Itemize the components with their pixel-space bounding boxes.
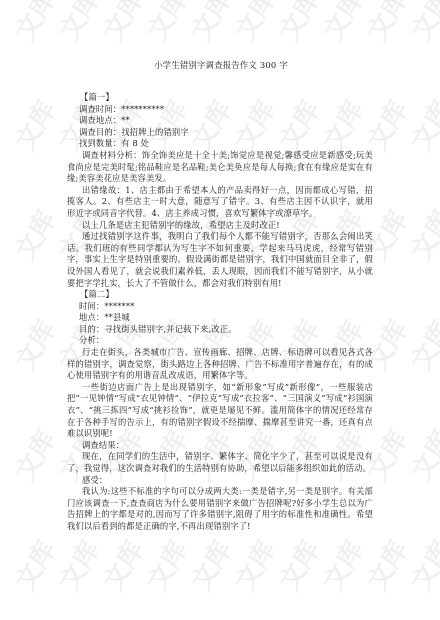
section-heading: 【篇二】 (67, 289, 373, 301)
field-analysis-label: 分析： (67, 335, 373, 347)
result-label: 调查结果： (67, 440, 373, 452)
paragraph-result: 现在，在同学们的生活中，错别字、繁体字、简化字少了，甚至可以说是没有了，我觉得，… (67, 451, 373, 474)
field-time: 时间：******* (67, 301, 373, 313)
field-found-count: 找到数量：有 8 处 (67, 138, 373, 150)
paragraph-error-reasons: 出错缘故：1、店主都由于希望本人的产品卖得好一点，因而都成心写错，招揽客人。2、… (67, 185, 373, 220)
watermark-mark: 文库 (401, 533, 440, 597)
watermark-mark: 文库 (401, 0, 440, 46)
watermark-mark: 文库 (181, 0, 239, 46)
watermark-mark: 文库 (137, 533, 195, 597)
document-body: 【篇一】 调查时间：********** 调查地点：** 调查目的：找招牌上的错… (67, 92, 373, 533)
watermark-mark: 文库 (401, 93, 440, 157)
watermark-mark: 文库 (49, 533, 107, 597)
document-title: 小学生错别字调查报告作文 300 字 (67, 59, 375, 71)
watermark-mark: 文库 (225, 533, 283, 597)
watermark-mark: 文库 (181, 533, 239, 597)
watermark-mark: 文库 (357, 533, 415, 597)
watermark-mark: 文库 (5, 533, 63, 597)
watermark-mark: 文库 (313, 533, 371, 597)
watermark-mark: 文库 (5, 0, 63, 46)
watermark-mark: 文库 (225, 0, 283, 46)
watermark-mark: 文库 (5, 203, 63, 267)
watermark-mark: 文库 (93, 533, 151, 597)
field-survey-time: 调查时间：********** (67, 104, 373, 116)
paragraph-reflection: 通过找错别字这件事，我明白了我们每个人都不能写错别字，否那么会闹出笑话。我们班的… (67, 231, 373, 289)
watermark-mark: 文库 (269, 533, 327, 597)
watermark-mark: 文库 (401, 423, 440, 487)
paragraph-feeling: 我认为:这些不标准的字句可以分成两大类:一类是错字,另一类是别字。有关部门应该调… (67, 486, 373, 532)
field-survey-location: 调查地点：** (67, 115, 373, 127)
paragraph-material-analysis: 调查材料分析：饰全饰美应是十全十美;饰觉应是视觉;馨感受应是新感受;玩美食尚应是… (67, 150, 373, 185)
watermark-mark: 文库 (357, 0, 415, 46)
watermark-mark: 文库 (401, 313, 440, 377)
watermark-mark: 文库 (49, 0, 107, 46)
field-location: 地点：**县城 (67, 312, 373, 324)
watermark-mark: 文库 (5, 93, 63, 157)
paragraph-examples: 一些街边店面广告上是出现错别字，如“新形象”写成“新形像”，一些服装店把“一见钟… (67, 382, 373, 440)
watermark-mark: 文库 (137, 0, 195, 46)
watermark-mark: 文库 (5, 313, 63, 377)
paragraph-summary: 以上几条是店主犯错别字的缘故，希望店主及时改正! (67, 220, 373, 232)
paragraph-street-observation: 行走在街头，各类城市广告、宣传画廊、招牌、店牌、标语牌可以看见各式各样的错别字，… (67, 347, 373, 382)
field-purpose: 目的：寻找街头错别字,并记载下来,改正。 (67, 324, 373, 336)
watermark-mark: 文库 (269, 0, 327, 46)
section-heading: 【篇一】 (67, 92, 373, 104)
watermark-mark: 文库 (93, 0, 151, 46)
watermark-mark: 文库 (5, 423, 63, 487)
field-survey-purpose: 调查目的：找招牌上的错别字 (67, 127, 373, 139)
watermark-mark: 文库 (313, 0, 371, 46)
watermark-mark: 文库 (401, 203, 440, 267)
feeling-label: 感受： (67, 475, 373, 487)
